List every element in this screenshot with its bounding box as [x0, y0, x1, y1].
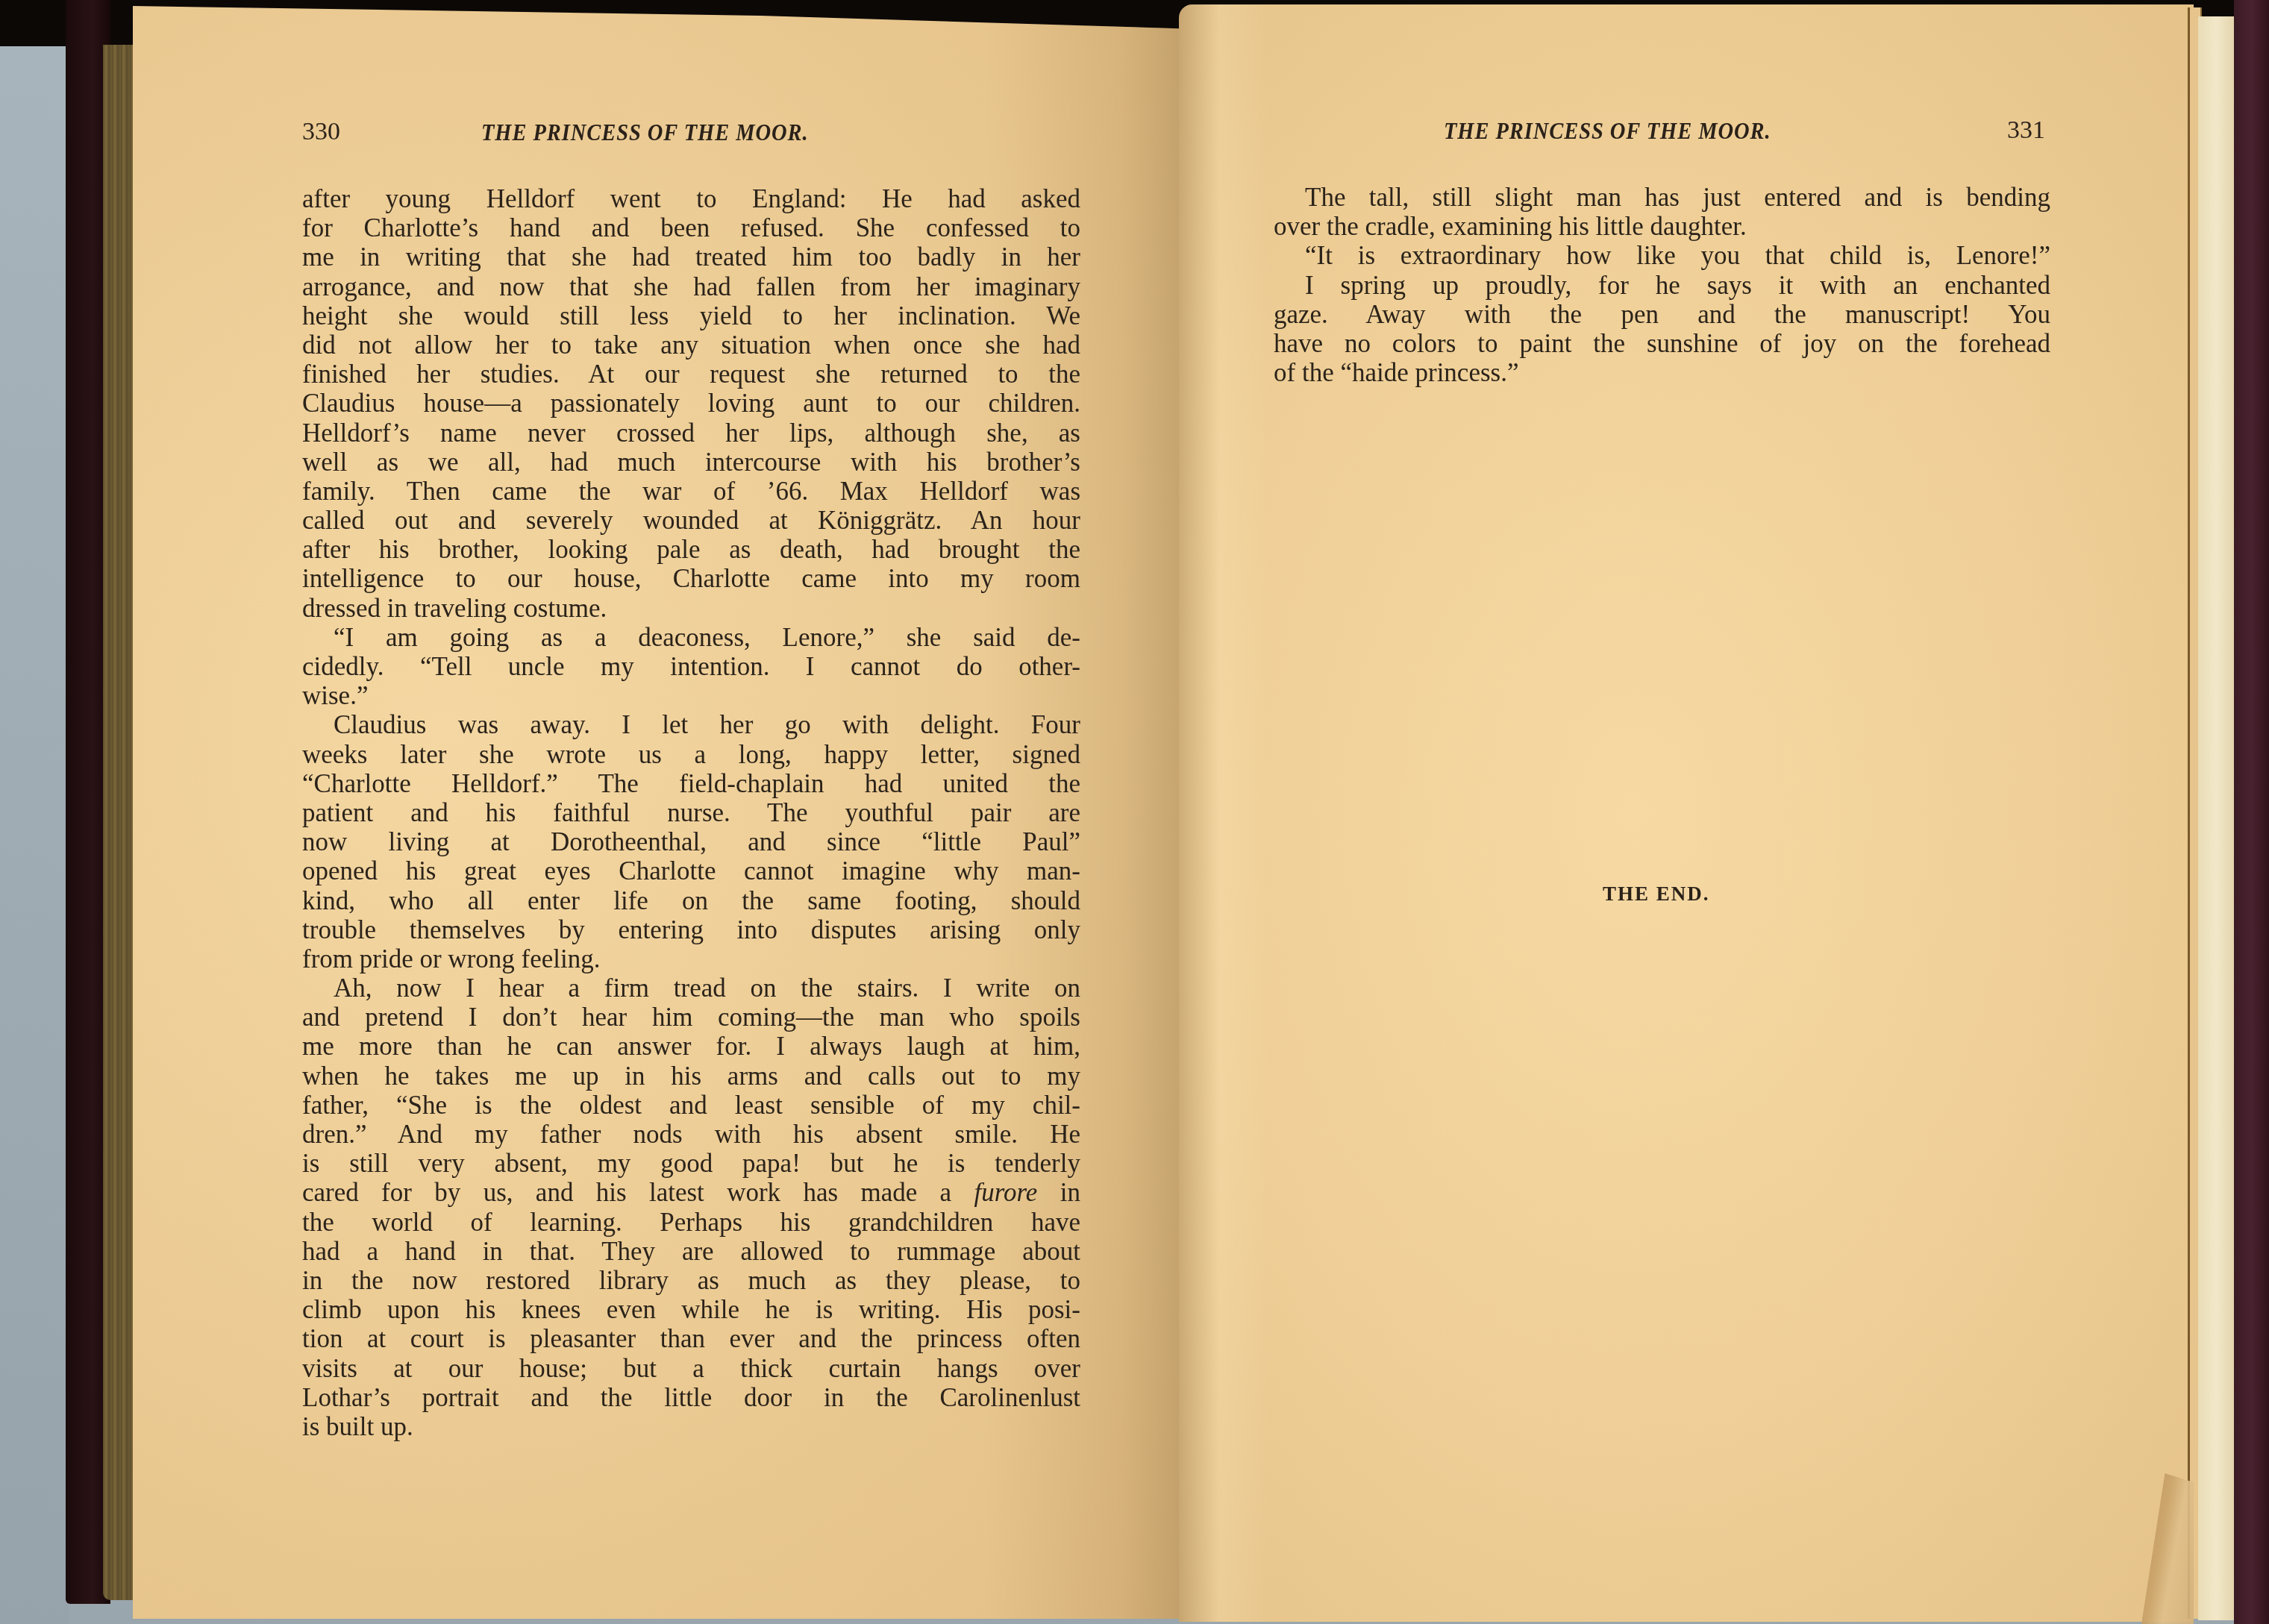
text-line: me in writing that she had treated him t… — [302, 242, 1080, 272]
right-page-number: 331 — [2007, 116, 2045, 145]
text-segment: cared for by us, and his latest work has… — [302, 1178, 974, 1207]
text-line: now living at Dorotheenthal, and since “… — [302, 827, 1080, 856]
text-line: Lothar’s portrait and the little door in… — [302, 1383, 1080, 1412]
text-line: the world of learning. Perhaps his grand… — [302, 1208, 1080, 1237]
left-running-head: THE PRINCESS OF THE MOOR. — [481, 119, 808, 146]
text-line: kind, who all enter life on the same foo… — [302, 886, 1080, 915]
text-line: “Charlotte Helldorf.” The field-chaplain… — [302, 769, 1080, 798]
book-cover-right — [2234, 0, 2269, 1624]
text-line: cidedly. “Tell uncle my intention. I can… — [302, 652, 1080, 681]
text-line: family. Then came the war of ’66. Max He… — [302, 477, 1080, 506]
text-line: “I am going as a deaconess, Lenore,” she… — [302, 623, 1080, 652]
flyleaf — [2198, 16, 2234, 1620]
text-line: after young Helldorf went to England: He… — [302, 184, 1080, 213]
text-line: well as we all, had much intercourse wit… — [302, 448, 1080, 477]
text-line: dren.” And my father nods with his absen… — [302, 1120, 1080, 1149]
text-line: and pretend I don’t hear him coming—the … — [302, 1003, 1080, 1032]
text-line: after his brother, looking pale as death… — [302, 535, 1080, 564]
text-line: intelligence to our house, Charlotte cam… — [302, 564, 1080, 593]
italic-word: furore — [974, 1178, 1038, 1207]
page-edges-left — [103, 45, 134, 1600]
text-line: in the now restored library as much as t… — [302, 1266, 1080, 1295]
text-line: dressed in traveling costume. — [302, 594, 1080, 623]
text-line: Claudius house—a passionately loving aun… — [302, 389, 1080, 418]
the-end-label: THE END. — [1603, 882, 1710, 906]
text-line: gaze. Away with the pen and the manuscri… — [1274, 300, 2050, 329]
left-page-number: 330 — [302, 118, 340, 146]
text-line: finished her studies. At our request she… — [302, 360, 1080, 389]
text-line: I spring up proudly, for he says it with… — [1274, 271, 2050, 300]
text-line: for Charlotte’s hand and been refused. S… — [302, 213, 1080, 242]
text-line: have no colors to paint the sunshine of … — [1274, 329, 2050, 358]
text-line: from pride or wrong feeling. — [302, 944, 1080, 974]
right-running-head: THE PRINCESS OF THE MOOR. — [1444, 118, 1771, 145]
text-line: “It is extraordinary how like you that c… — [1274, 241, 2050, 270]
text-line: trouble themselves by entering into disp… — [302, 915, 1080, 944]
text-line: cared for by us, and his latest work has… — [302, 1178, 1080, 1207]
text-line: patient and his faithful nurse. The yout… — [302, 798, 1080, 827]
right-page-body: The tall, still slight man has just ente… — [1274, 183, 2050, 387]
text-line: did not allow her to take any situation … — [302, 330, 1080, 360]
text-line: is built up. — [302, 1412, 1080, 1441]
text-line: over the cradle, examining his little da… — [1274, 212, 2050, 241]
text-line: Claudius was away. I let her go with del… — [302, 710, 1080, 739]
text-line: father, “She is the oldest and least sen… — [302, 1091, 1080, 1120]
text-line: called out and severely wounded at König… — [302, 506, 1080, 535]
text-line: weeks later she wrote us a long, happy l… — [302, 740, 1080, 769]
text-line: tion at court is pleasanter than ever an… — [302, 1324, 1080, 1353]
text-line: opened his great eyes Charlotte cannot i… — [302, 856, 1080, 885]
text-line: The tall, still slight man has just ente… — [1274, 183, 2050, 212]
text-line: had a hand in that. They are allowed to … — [302, 1237, 1080, 1266]
text-line: Ah, now I hear a firm tread on the stair… — [302, 974, 1080, 1003]
scanner-backdrop-left — [0, 46, 69, 1624]
left-page-body: after young Helldorf went to England: He… — [302, 184, 1080, 1441]
text-line: is still very absent, my good papa! but … — [302, 1149, 1080, 1178]
text-line: Helldorf’s name never crossed her lips, … — [302, 418, 1080, 448]
text-line: climb upon his knees even while he is wr… — [302, 1295, 1080, 1324]
text-segment: in — [1037, 1178, 1080, 1207]
text-line: visits at our house; but a thick curtain… — [302, 1354, 1080, 1383]
text-line: when he takes me up in his arms and call… — [302, 1062, 1080, 1091]
text-line: arrogance, and now that she had fallen f… — [302, 272, 1080, 301]
text-line: of the “haide princess.” — [1274, 358, 2050, 387]
text-line: height she would still less yield to her… — [302, 301, 1080, 330]
text-line: me more than he can answer for. I always… — [302, 1032, 1080, 1061]
text-line: wise.” — [302, 681, 1080, 710]
